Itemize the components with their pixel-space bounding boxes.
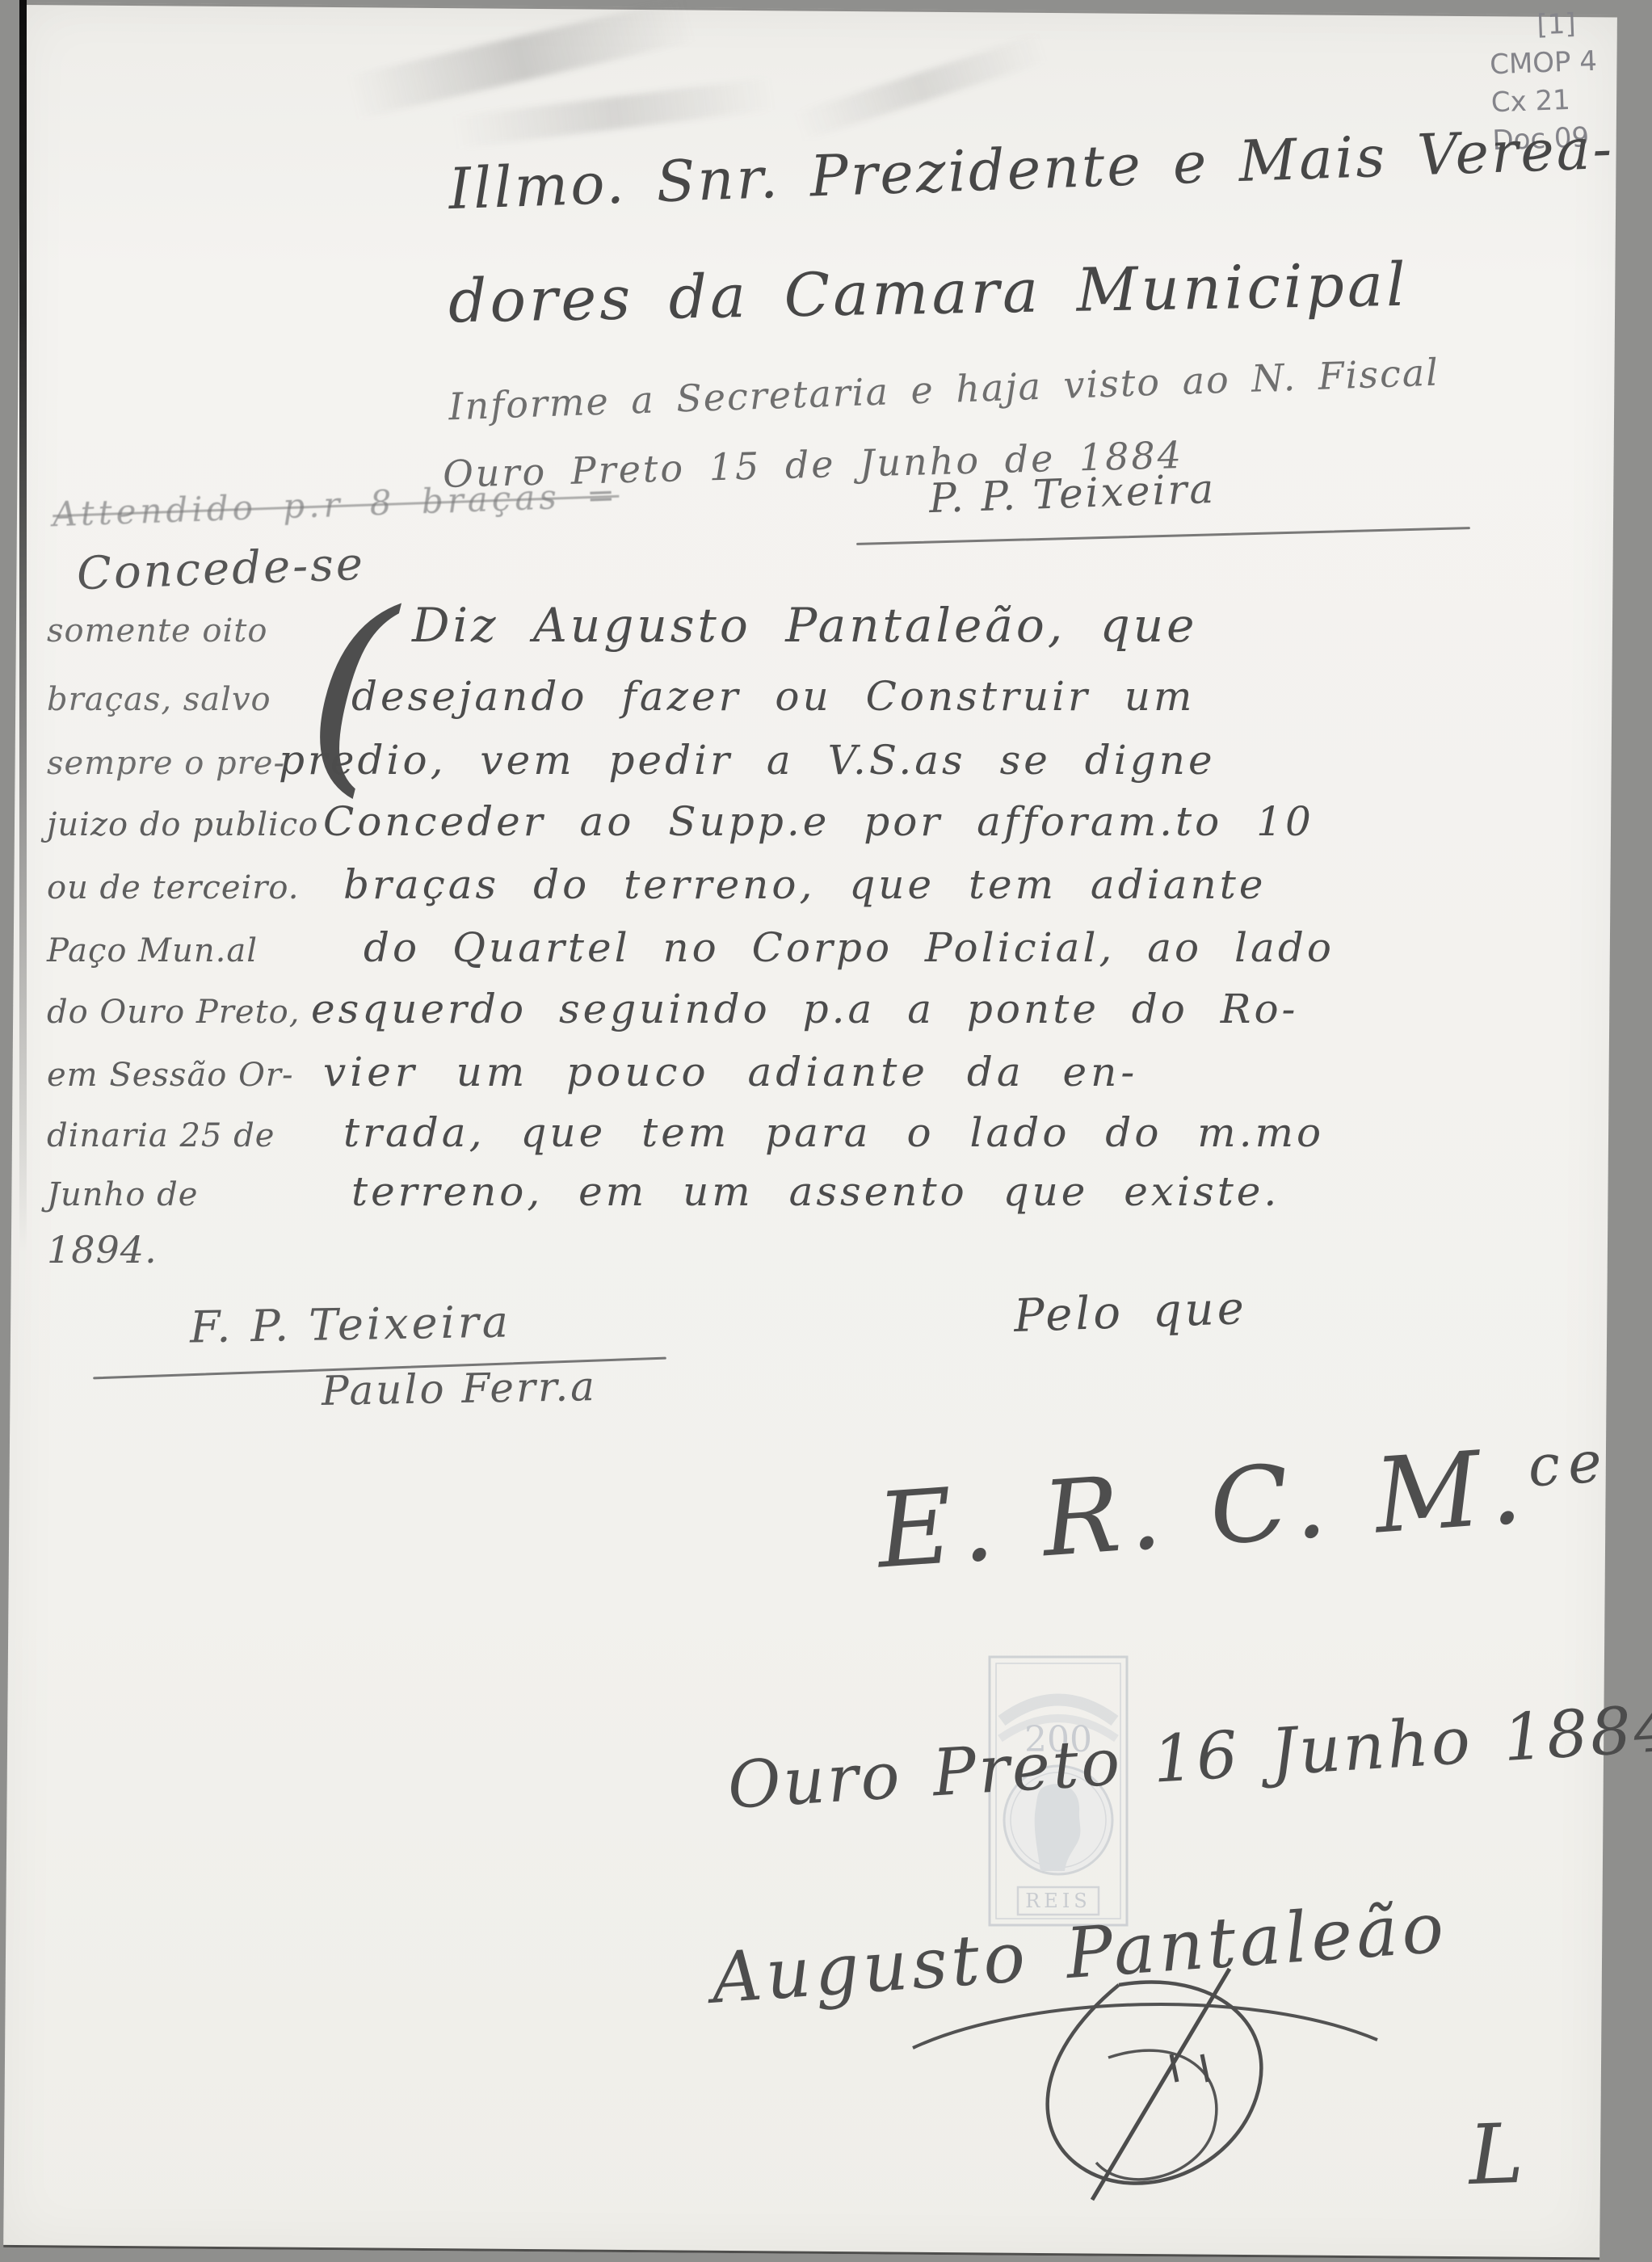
ink-smudge	[347, 0, 695, 120]
margin-note-line: ou de terceiro.	[47, 869, 326, 906]
closing-formula-main: E. R. C. M.	[873, 1426, 1533, 1591]
petition-body-line: desejando fazer ou Construir um	[351, 673, 1195, 720]
flourish-oval	[1048, 1982, 1262, 2184]
ink-smudge	[793, 33, 1048, 141]
archive-ref-number: [1]	[1488, 5, 1596, 47]
margin-note-line: Junho de	[47, 1176, 326, 1213]
signature-flourish	[905, 1959, 1389, 2209]
flourish-letter-L: L	[1467, 2106, 1525, 2204]
despacho-signature: P. P. Teixeira	[928, 465, 1217, 522]
pencil-note: Attendido p.r 8 braças =	[52, 475, 620, 534]
petition-body-line: esquerdo seguindo p.a a ponte do Ro-	[311, 986, 1298, 1032]
margin-note-line: Paço Mun.al	[47, 932, 326, 969]
stamp-unit-text: REIS	[1025, 1890, 1091, 1912]
petition-body-line: Diz Augusto Pantaleão, que	[412, 598, 1198, 653]
heading-line-1: Illmo. Snr. Prezidente e Mais Verea-	[448, 116, 1615, 222]
margin-note-line: dinaria 25 de	[47, 1117, 326, 1154]
petition-body-line: do Quartel no Corpo Policial, ao lado	[364, 924, 1335, 971]
ink-smudge	[452, 78, 776, 149]
petition-body-line: Conceder ao Supp.e por afforam.to 10	[323, 798, 1314, 845]
petition-body-line: vier um pouco adiante da en-	[323, 1049, 1138, 1095]
pelo-que: Pelo que	[1013, 1282, 1248, 1343]
petition-body-line: predio, vem pedir a V.S.as se digne	[279, 737, 1216, 784]
margin-note-line: braças, salvo	[47, 681, 326, 718]
margin-note-line: 1894.	[47, 1228, 326, 1272]
clerk-signature-line-1: F. P. Teixeira	[189, 1297, 511, 1353]
signature-underline	[856, 527, 1470, 545]
heading-line-2: dores da Camara Municipal	[448, 250, 1409, 337]
margin-note-line: somente oito	[47, 612, 326, 650]
scanned-document: [1] CMOP 4 Cx 21 Doc 09 Illmo. Snr. Prez…	[0, 0, 1652, 2262]
clerk-signature-line-2: Paulo Ferr.a	[322, 1363, 598, 1415]
flourish-swash	[913, 2004, 1377, 2048]
petition-body-line: trada, que tem para o lado do m.mo	[343, 1109, 1324, 1156]
petition-body-line: terreno, em um assento que existe.	[351, 1168, 1280, 1215]
despacho-line-1: Informe a Secretaria e haja visto ao N. …	[448, 351, 1440, 429]
closing-formula-sup: ce	[1526, 1428, 1612, 1500]
date-line: Ouro Preto 16 Junho 1884	[725, 1690, 1652, 1823]
archive-fond: CMOP 4	[1489, 43, 1597, 85]
margin-note-line: juizo do publico	[47, 806, 326, 843]
margin-note-line: do Ouro Preto,	[47, 994, 326, 1031]
closing-formula: E. R. C. M.ce	[873, 1420, 1615, 1591]
petition-body-line: braças do terreno, que tem adiante	[343, 861, 1266, 908]
margin-note-line: em Sessão Or-	[47, 1057, 326, 1094]
